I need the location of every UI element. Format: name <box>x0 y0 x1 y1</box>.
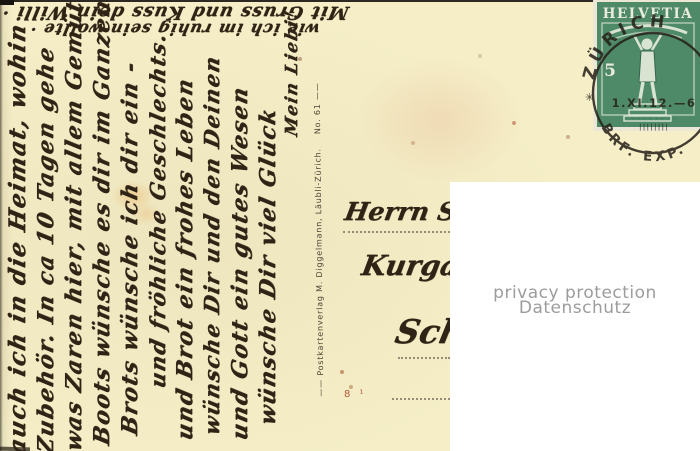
address-dotted-line <box>343 231 450 233</box>
scan-edge-left <box>0 0 3 451</box>
handwriting-column: was Zaren hier, mit allem Gemüt <box>61 0 87 451</box>
publisher-number: No. 61 —— <box>313 82 323 134</box>
handwriting-column: wünsche Dir viel Glück <box>255 105 281 428</box>
printers-control-mark: 8 ¹ <box>344 389 367 400</box>
handwriting-column: und fröhliche Geschlechts. <box>145 30 170 390</box>
handwriting-column: Zubehör. In ca 10 Tagen gehe <box>33 44 59 451</box>
handwriting-column: Brots wünsche ich dir ein - <box>117 59 143 438</box>
postcard-back-scan: { "overlay": { "line1": "privacy protect… <box>0 0 700 451</box>
helvetia-stamp: HELVETIA 5 <box>593 0 700 131</box>
handwriting-greeting: Mein Liebi! <box>282 8 302 138</box>
address-dotted-line <box>392 398 450 400</box>
handwriting-column: Boots wünsche es dir im Ganzen <box>89 0 115 448</box>
handwriting-column: auch ich in die Heimat, wohin <box>4 20 31 451</box>
address-line-street: Kurga <box>359 249 461 282</box>
stamp-country-label: HELVETIA <box>603 6 694 22</box>
privacy-overlay-line2: Datenschutz <box>450 301 700 316</box>
stamp-value: 5 <box>604 61 616 81</box>
handwriting-column: und Gott ein gutes Wesen <box>227 84 253 443</box>
privacy-overlay: privacy protection Datenschutz <box>450 182 700 451</box>
handwriting-column: und Brot ein frohes Leben <box>172 75 198 442</box>
handwriting-column: wünsche Dir und den Deinen <box>199 53 224 438</box>
publisher-imprint-text: —— Postkartenverlag M. Diggelmann, Läubl… <box>313 148 325 397</box>
address-dotted-line <box>398 357 450 359</box>
